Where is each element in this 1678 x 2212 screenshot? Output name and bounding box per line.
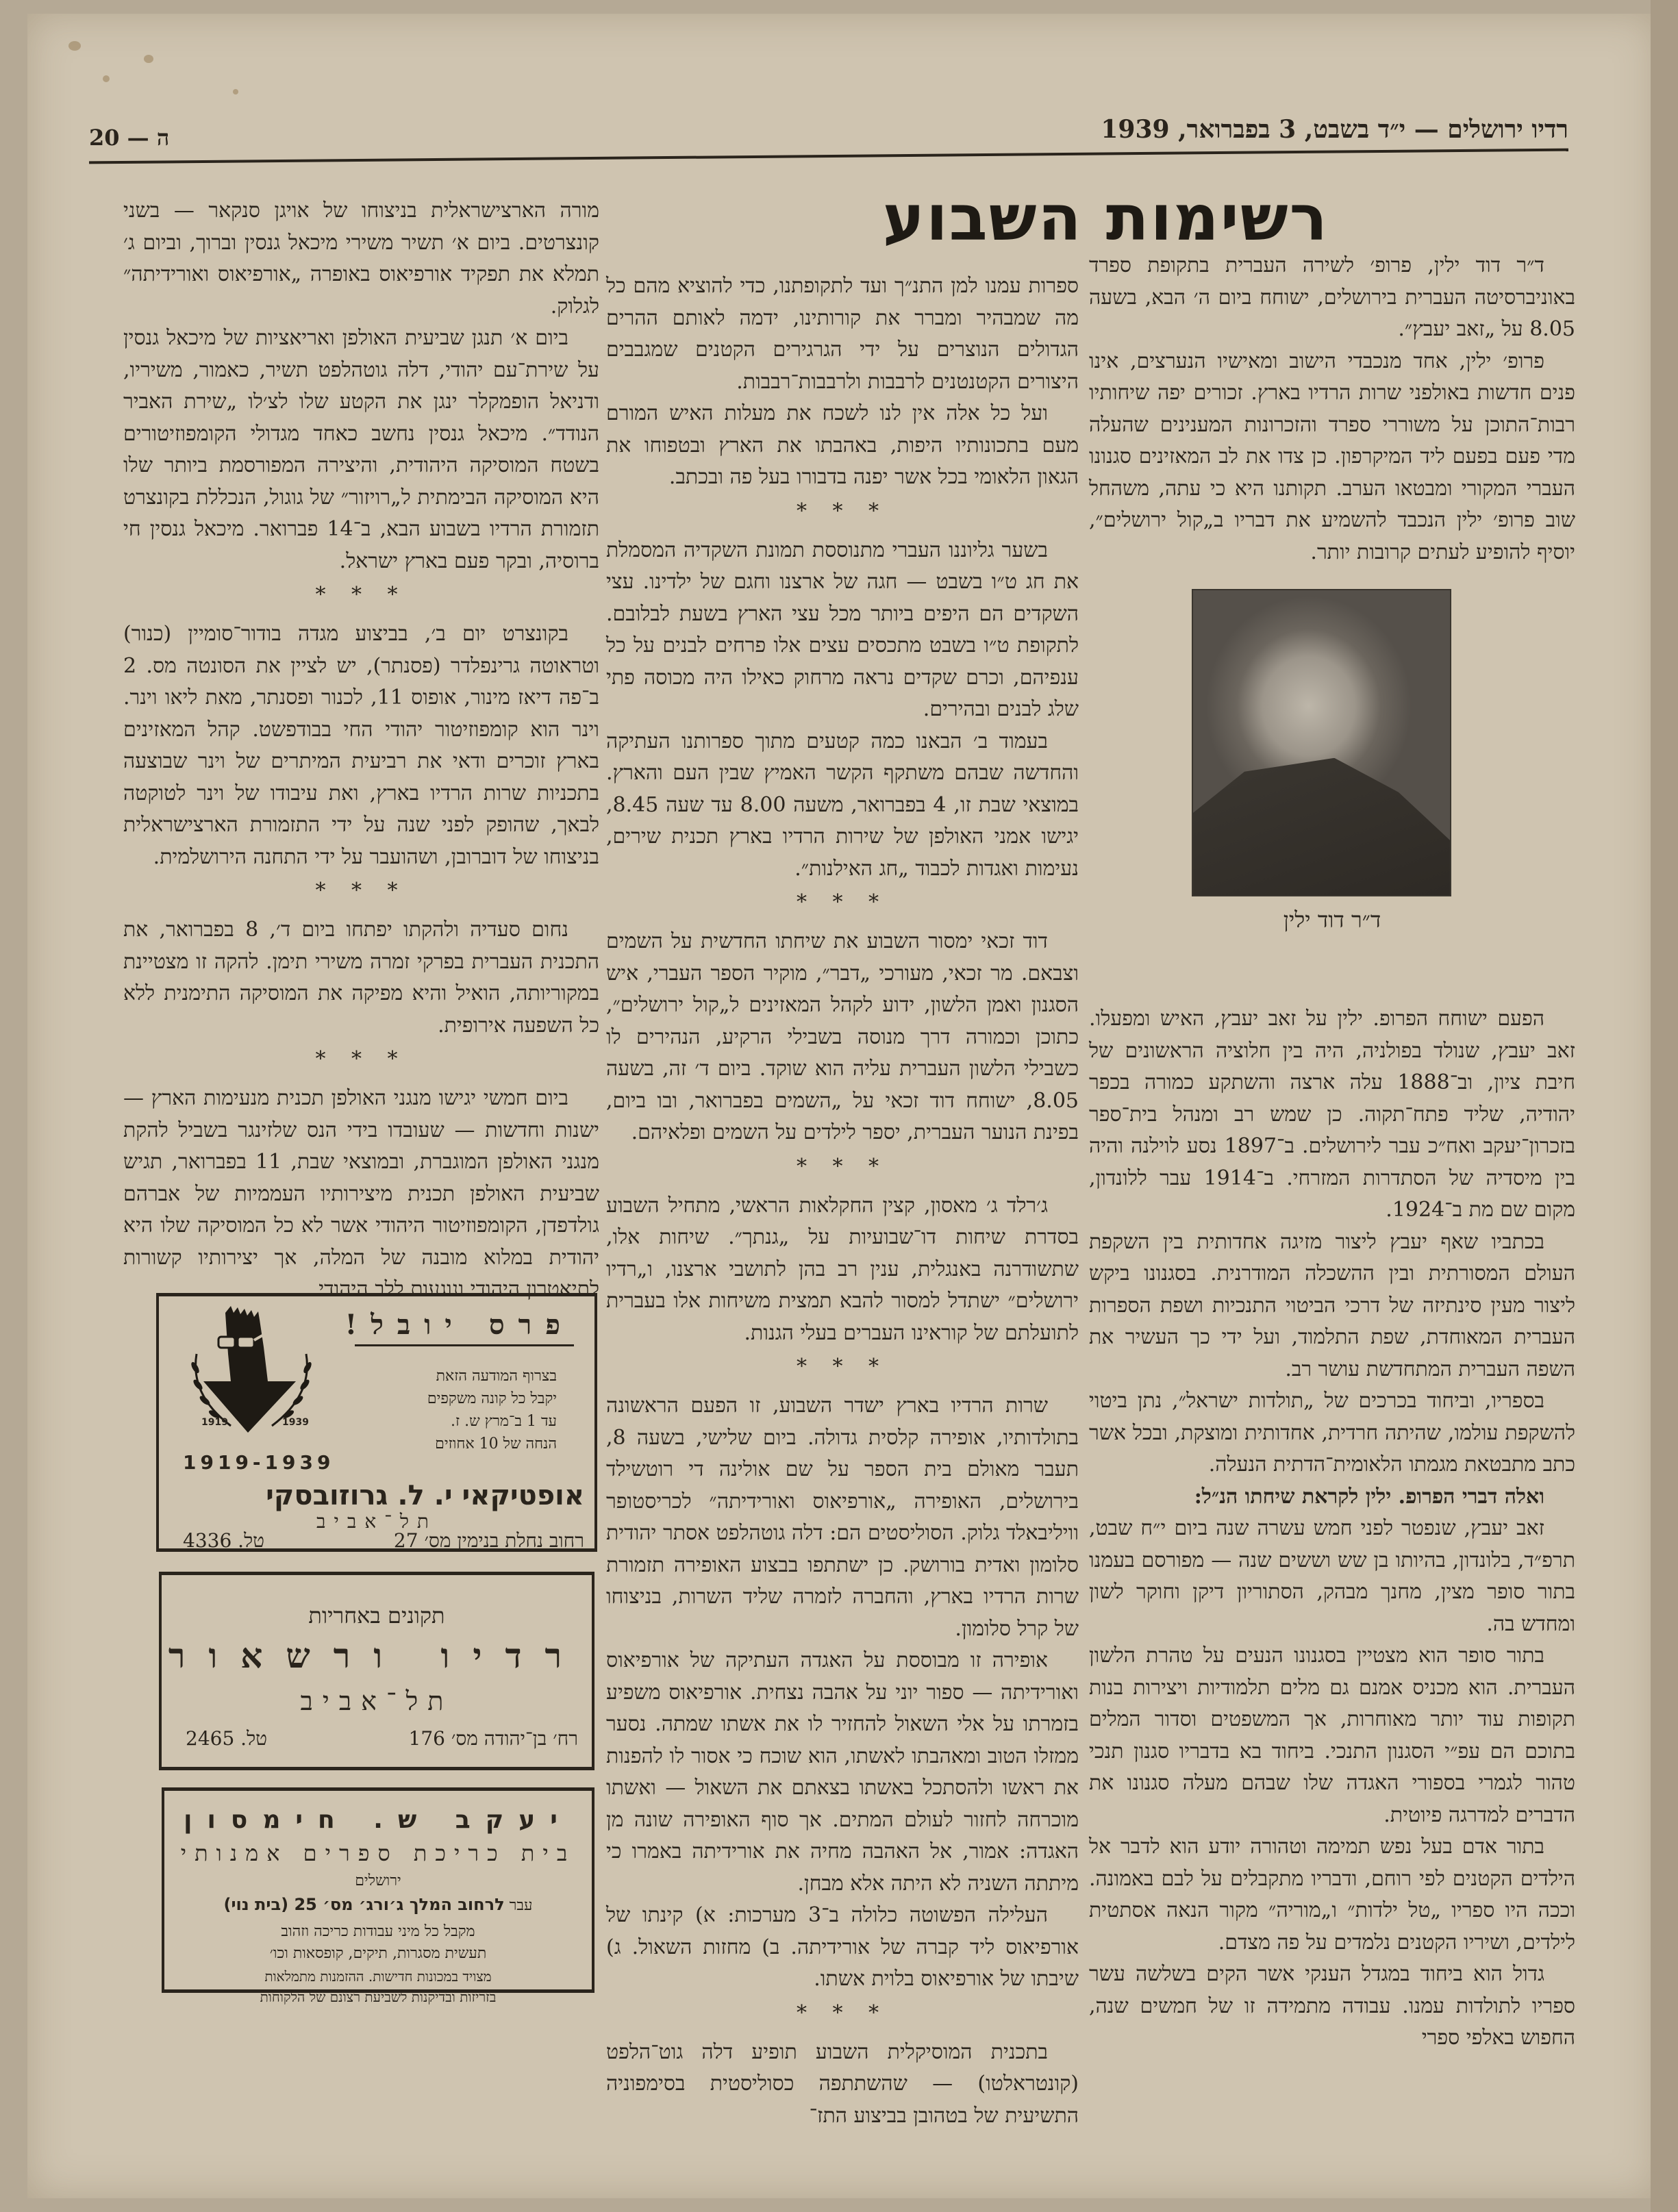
portrait-photo bbox=[1192, 589, 1451, 896]
logo-year-left: 1919 bbox=[201, 1417, 228, 1428]
paragraph: ואלה דברי הפרופ. ילין לקראת שיחתו הנ״ל: bbox=[1089, 1481, 1575, 1513]
ad-moved-notice: עבר לרחוב המלך ג׳ורג׳ מס׳ 25 (בית נוי) bbox=[164, 1895, 592, 1914]
ad-address: רחוב נחלת בנימין מס׳ 27 bbox=[394, 1529, 584, 1553]
ad-business-name: יעקב ש. חימסון bbox=[164, 1806, 592, 1834]
section-divider: * * * bbox=[606, 1353, 1079, 1381]
page-number: ה — 20 bbox=[89, 125, 169, 151]
paragraph: הפעם ישוחח הפרופ. ילין על זאב יעבץ, האיש… bbox=[1089, 1003, 1575, 1227]
ad-phone: טל. 2465 bbox=[186, 1727, 267, 1750]
ad-phone: טל. 4336 bbox=[183, 1529, 264, 1553]
photo-caption: ד״ר דוד ילין bbox=[1089, 904, 1575, 936]
paragraph: נחום סעדיה ולהקתו יפתחו ביום ד׳, 8 בפברו… bbox=[123, 914, 599, 1042]
paragraph: ביום חמשי יגישו מנגני האולפן תכנית מנעימ… bbox=[123, 1083, 599, 1306]
paragraph: שרות הרדיו בארץ ישדר השבוע, זו הפעם הראש… bbox=[606, 1390, 1079, 1645]
ad-address: רח׳ בן־יהודה מס׳ 176 bbox=[409, 1727, 578, 1750]
paragraph: ג׳רלד ג׳ מאסון, קצין החקלאות הראשי, מתחי… bbox=[606, 1190, 1079, 1350]
stain bbox=[103, 75, 110, 82]
paragraph: בעמוד ב׳ הבאנו כמה קטעים מתוך ספרותנו הע… bbox=[606, 726, 1079, 885]
stain bbox=[144, 55, 153, 63]
ad-business-name: אופטיקאי י. ל. גרוזובסקי bbox=[266, 1480, 584, 1511]
ad-body-footer: מצויד במכונות חדישות. ההזמנות מתמלאות בז… bbox=[164, 1966, 592, 2007]
ad-radio-repair: תקונים באחריות רדיו ורשאור תל־אביב רח׳ ב… bbox=[159, 1572, 594, 1770]
portrait-coat bbox=[1193, 758, 1450, 895]
paragraph: בתכנית המוסיקלית השבוע תופיע דלה גוט־הלפ… bbox=[606, 2037, 1079, 2133]
paragraph: פרופ׳ ילין, אחד מנכבדי הישוב ומאישיו הנע… bbox=[1089, 346, 1575, 569]
ad-body-line: מקבל כל מיני עבודות כריכה וזהוב bbox=[164, 1922, 592, 1940]
page-edge bbox=[1651, 0, 1678, 2212]
ad-body-line: יקבל כל קונה משקפים bbox=[406, 1387, 557, 1410]
ad-tagline: תקונים באחריות bbox=[162, 1603, 592, 1629]
paragraph: גדול הוא ביחוד במגדל הענקי אשר הקים בשלש… bbox=[1089, 1959, 1575, 2054]
ad-city: תל־אביב bbox=[162, 1686, 592, 1717]
ad-body: בצרוף המודעה הזאת יקבל כל קונה משקפים עד… bbox=[406, 1365, 557, 1455]
paragraph: ביום א׳ תנגן שביעית האולפן ואריאציות של … bbox=[123, 323, 599, 577]
section-divider: * * * bbox=[606, 1153, 1079, 1181]
ad-bookbinder: יעקב ש. חימסון בית כריכת ספרים אמנותי יר… bbox=[162, 1787, 594, 1993]
logo-year-right: 1939 bbox=[282, 1417, 309, 1428]
ad-body-line: בזריזות ובדיקנות לשביעת רצונם של הלקוחות bbox=[164, 1987, 592, 2007]
paragraph: בתור אדם בעל נפש תמימה וטהורה יודע הוא ל… bbox=[1089, 1831, 1575, 1959]
paragraph: בכתביו שאף יעבץ ליצור מזיגה אחדותית בין … bbox=[1089, 1227, 1575, 1386]
ad-address: לרחוב המלך ג׳ורג׳ מס׳ 25 (בית נוי) bbox=[224, 1895, 505, 1914]
section-divider: * * * bbox=[606, 889, 1079, 916]
paragraph: בשער גליוננו העברי מתנוססת תמונת השקדיה … bbox=[606, 535, 1079, 726]
page-title: רשימות השבוע bbox=[849, 181, 1329, 255]
ad-body-line: עד 1 ב־מרץ ש. ז. bbox=[406, 1410, 557, 1433]
paragraph: ד״ר דוד ילין, פרופ׳ לשירה העברית בתקופת … bbox=[1089, 250, 1575, 346]
paragraph: זאב יעבץ, שנפטר לפני חמש עשרה שנה ביום י… bbox=[1089, 1513, 1575, 1640]
paragraph: מורה הארצישראלית בניצוחו של אויגן סנקאר … bbox=[123, 195, 599, 323]
section-divider: * * * bbox=[123, 581, 599, 609]
ad-optician: פרס יובל! בצרוף המודעה הזאת יקבל כל קונה… bbox=[156, 1293, 597, 1552]
portrait-figure: ד״ר דוד ילין bbox=[1089, 568, 1575, 1003]
ad-headline: פרס יובל! bbox=[345, 1309, 574, 1341]
column-right: ד״ר דוד ילין, פרופ׳ לשירה העברית בתקופת … bbox=[1089, 250, 1575, 2054]
ad-years: 1919-1939 bbox=[183, 1451, 334, 1474]
ad-body-line: הנחה של 10 אחוזים bbox=[406, 1433, 557, 1455]
stain bbox=[68, 41, 81, 51]
section-divider: * * * bbox=[606, 498, 1079, 525]
page-header: רדיו ירושלים — י״ד בשבט, 3 בפברואר, 1939… bbox=[89, 110, 1568, 158]
paragraph: ספרות עמנו למן התנ״ך ועד לתקופתנו, כדי ל… bbox=[606, 271, 1079, 398]
paragraph: ועל כל אלה אין לנו לשכח את מעלות האיש המ… bbox=[606, 398, 1079, 494]
section-divider: * * * bbox=[123, 1046, 599, 1073]
paragraph: דוד זכאי ימסור השבוע את שיחתו החדשית על … bbox=[606, 926, 1079, 1149]
column-middle: ספרות עמנו למן התנ״ך ועד לתקופתנו, כדי ל… bbox=[606, 271, 1079, 2132]
paragraph: אופירה זו מבוססת על האגדה העתיקה של אורפ… bbox=[606, 1645, 1079, 1900]
ad-body-line: בצרוף המודעה הזאת bbox=[406, 1365, 557, 1387]
paragraph: העלילה הפשוטה כלולה ב־3 מערכות: א) קינתו… bbox=[606, 1900, 1079, 1996]
ad-rule bbox=[355, 1344, 574, 1346]
section-divider: * * * bbox=[606, 2000, 1079, 2027]
paragraph: בקונצרט יום ב׳, בביצוע מגדה בודור־סומיין… bbox=[123, 618, 599, 873]
publication-date: רדיו ירושלים — י״ד בשבט, 3 בפברואר, 1939 bbox=[1101, 115, 1568, 144]
ad-body-line: תעשית מסגרות, תיקים, קופסאות וכו׳ bbox=[164, 1944, 592, 1962]
ad-subtitle: בית כריכת ספרים אמנותי bbox=[164, 1840, 592, 1866]
ad-city: ירושלים bbox=[164, 1872, 592, 1889]
paragraph: בתור סופר הוא מצטיין בסגנונו הנעים על טה… bbox=[1089, 1640, 1575, 1831]
ad-moved-prefix: עבר bbox=[510, 1897, 533, 1914]
section-divider: * * * bbox=[123, 877, 599, 905]
column-left: מורה הארצישראלית בניצוחו של אויגן סנקאר … bbox=[123, 195, 599, 1306]
ad-business-name: רדיו ורשאור bbox=[162, 1635, 592, 1676]
ad-body-line: מצויד במכונות חדישות. ההזמנות מתמלאות bbox=[164, 1966, 592, 1987]
stain bbox=[233, 89, 238, 95]
paragraph: בספריו, וביחוד בכרכים של „תולדות ישראל״,… bbox=[1089, 1385, 1575, 1481]
